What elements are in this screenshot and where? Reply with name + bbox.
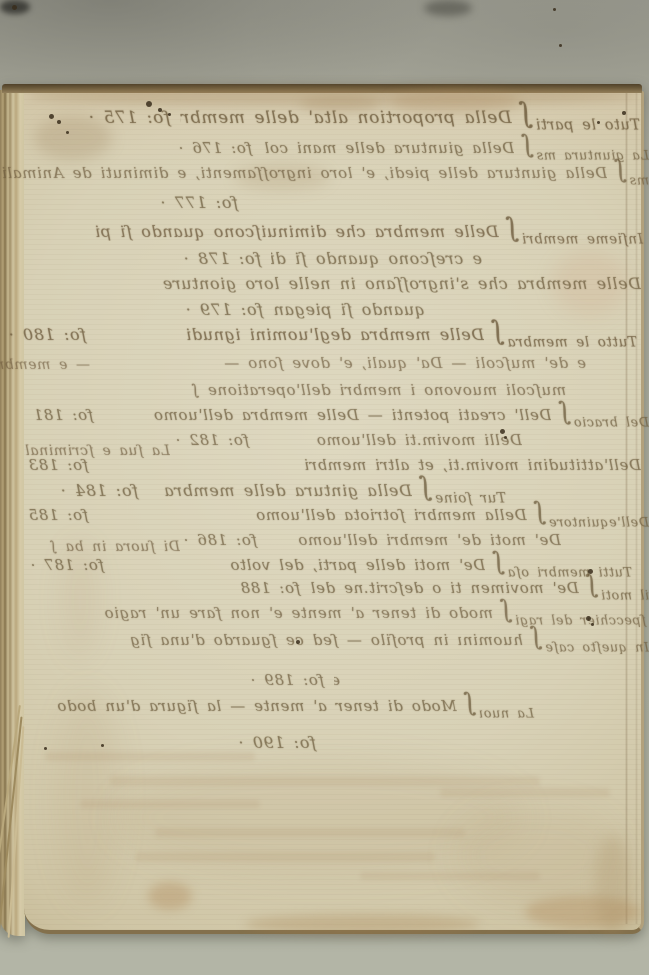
book-top-edge [2, 84, 642, 93]
page-crease [635, 93, 638, 924]
manuscript-photo: { "palette": { "background_surface": "#a… [0, 0, 649, 975]
book [0, 84, 644, 948]
manuscript-page [24, 91, 644, 934]
page-crease [625, 93, 628, 924]
